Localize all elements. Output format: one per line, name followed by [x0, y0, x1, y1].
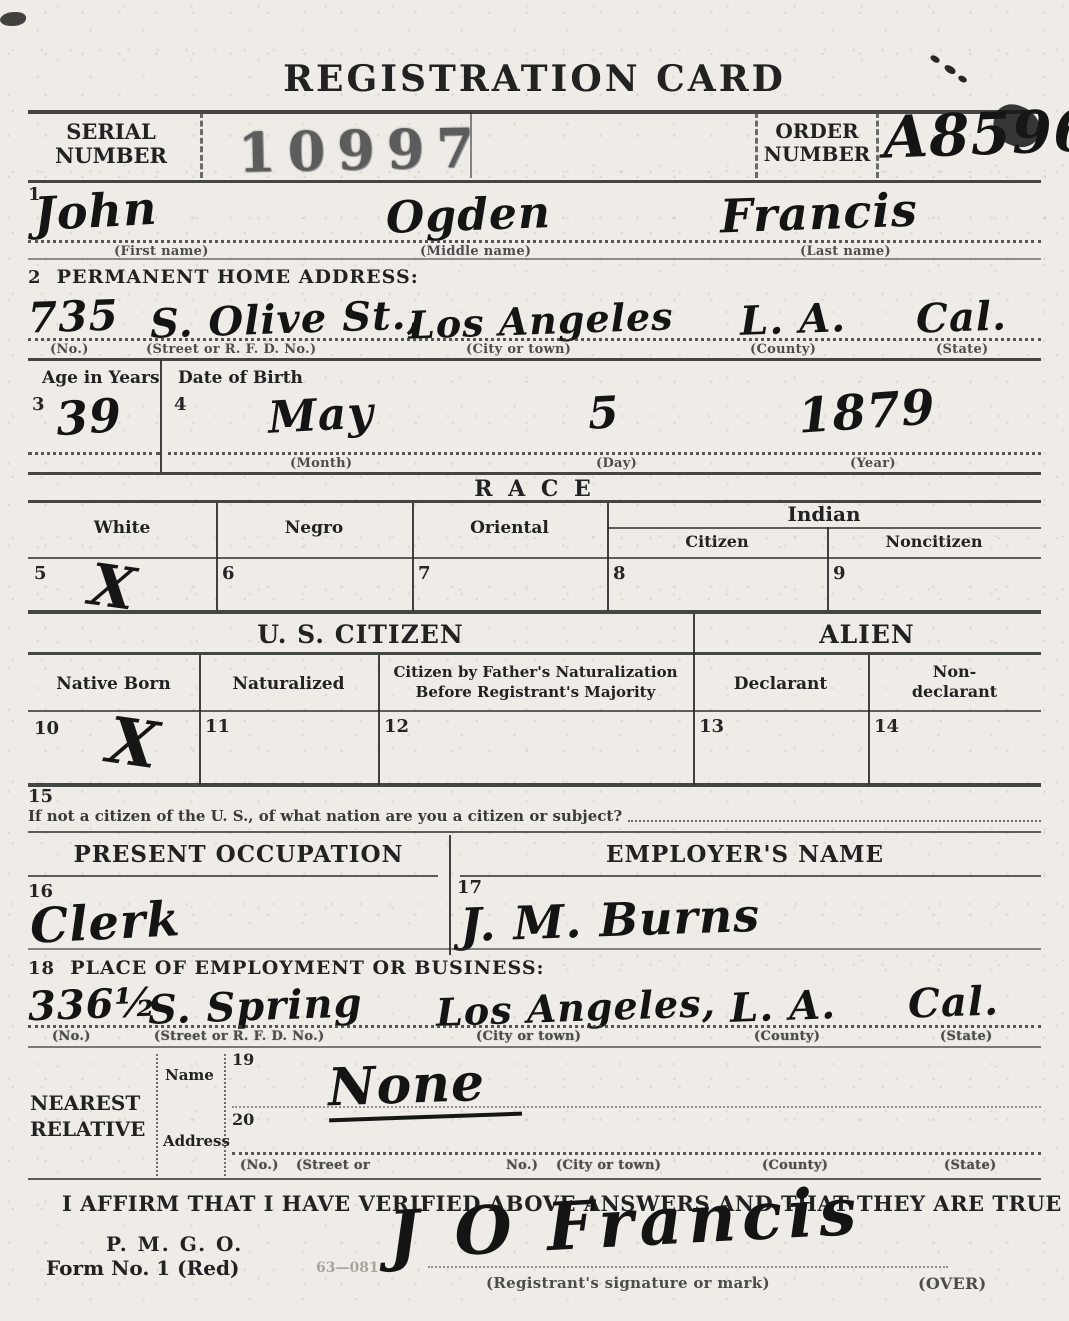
- line-number: 2: [28, 267, 42, 288]
- dob-heading: Date of Birth: [178, 368, 303, 388]
- rule: [28, 557, 1041, 559]
- nearest-relative-block: NEARESTRELATIVE Name Address 19 None 20 …: [28, 1048, 1041, 1180]
- us-citizen-heading: U. S. CITIZEN: [28, 620, 693, 649]
- home-address-heading: 2 PERMANENT HOME ADDRESS:: [28, 266, 419, 288]
- home-address-line: 2 PERMANENT HOME ADDRESS: 735 S. Olive S…: [28, 264, 1041, 358]
- line-number: 3: [32, 394, 45, 415]
- dob-month-value: May: [267, 387, 375, 443]
- address-county-label: (County): [750, 342, 816, 357]
- employment-line: 18 PLACE OF EMPLOYMENT OR BUSINESS: 336½…: [28, 955, 1041, 1048]
- nearest-relative-heading: NEARESTRELATIVE: [30, 1090, 156, 1142]
- relative-name-value: None: [327, 1051, 522, 1123]
- dob-month-label: (Month): [290, 456, 352, 471]
- dob-day-value: 5: [587, 387, 621, 440]
- serial-number-box: SERIALNUMBER 10997 ORDERNUMBER A8596: [28, 112, 1041, 178]
- address-city-label: (City or town): [466, 342, 571, 357]
- race-table: White Negro Oriental Indian Citizen Nonc…: [28, 500, 1041, 612]
- employers-name-heading: EMPLOYER'S NAME: [449, 841, 1041, 868]
- employment-city-label: (City or town): [476, 1029, 581, 1044]
- first-name-label: (First name): [114, 244, 209, 259]
- registrant-signature: J O Francis: [386, 1172, 864, 1275]
- employment-street-label: (Street or R. F. D. No.): [154, 1029, 324, 1044]
- name-line: 1 John Ogden Francis (First name) (Middl…: [28, 184, 1041, 260]
- write-line: [232, 1106, 1041, 1108]
- last-name-value: Francis: [719, 183, 918, 244]
- address-state-label: (State): [936, 342, 989, 357]
- write-line: [28, 240, 1041, 243]
- middle-name-label: (Middle name): [420, 244, 531, 259]
- middle-name-value: Ogden: [385, 187, 552, 244]
- occupation-value: Clerk: [29, 891, 182, 955]
- race-indian-label: Indian: [607, 502, 1041, 526]
- box-number: 12: [384, 716, 409, 737]
- address-no-value: 735: [27, 290, 119, 342]
- relative-address-label: Address: [163, 1132, 230, 1150]
- order-number-value: A8596: [882, 96, 1069, 171]
- divider: [200, 112, 203, 178]
- serial-number-label: SERIALNUMBER: [36, 120, 186, 168]
- rule: [460, 875, 1041, 877]
- race-indian-citizen-label: Citizen: [607, 532, 827, 551]
- relative-city-label: (City or town): [556, 1158, 661, 1173]
- relative-name-label: Name: [165, 1066, 214, 1084]
- rule: [28, 1178, 1041, 1180]
- form-number-label: Form No. 1 (Red): [46, 1256, 239, 1280]
- box-number: 8: [613, 563, 626, 584]
- employer-value: J. M. Burns: [459, 888, 761, 952]
- registration-card-scan: { "title": "REGISTRATION CARD", "header"…: [0, 0, 1069, 1321]
- write-line: [28, 1025, 1041, 1028]
- declarant-label: Declarant: [693, 674, 868, 694]
- employment-no-label: (No.): [52, 1029, 91, 1044]
- address-no-label: (No.): [50, 342, 89, 357]
- employment-state-label: (State): [940, 1029, 993, 1044]
- box-number: 7: [418, 563, 431, 584]
- relative-street-label-2: No.): [506, 1158, 538, 1173]
- rule: [28, 948, 1041, 950]
- divider: [160, 360, 162, 472]
- race-oriental-label: Oriental: [412, 518, 607, 538]
- first-name-value: John: [33, 181, 159, 241]
- race-white-mark: X: [86, 555, 139, 619]
- box-number: 11: [205, 716, 230, 737]
- employment-heading: 18 PLACE OF EMPLOYMENT OR BUSINESS:: [28, 957, 545, 979]
- rule: [28, 652, 1041, 655]
- line-number: 15: [28, 786, 53, 807]
- rule: [28, 710, 1041, 712]
- relative-state-label: (State): [944, 1158, 997, 1173]
- box-number: 17: [457, 877, 482, 898]
- rule: [28, 472, 1041, 475]
- ink-blot: [0, 12, 26, 26]
- age-dob-row: Age in Years 3 39 Date of Birth 4 May 5 …: [28, 360, 1041, 472]
- divider: [156, 1054, 158, 1176]
- serial-number-value: 10997: [237, 115, 486, 184]
- box-number: 13: [699, 716, 724, 737]
- write-line: [168, 452, 1041, 455]
- write-line: [28, 338, 1041, 341]
- rule: [28, 258, 1041, 260]
- dob-year-value: 1879: [796, 379, 937, 444]
- alien-heading: ALIEN: [693, 620, 1041, 649]
- race-heading: R A C E: [0, 476, 1069, 502]
- box-number: 14: [874, 716, 899, 737]
- relative-no-label: (No.): [240, 1158, 279, 1173]
- race-negro-label: Negro: [216, 518, 412, 538]
- card-title: REGISTRATION CARD: [0, 58, 1069, 100]
- over-label: (OVER): [918, 1274, 987, 1293]
- signature-label: (Registrant's signature or mark): [486, 1274, 770, 1292]
- employment-state-value: Cal.: [907, 977, 999, 1027]
- nation-question-line: 15 If not a citizen of the U. S., of wha…: [28, 786, 1041, 833]
- rule: [28, 875, 438, 877]
- write-line: [232, 1152, 1041, 1155]
- box-number: 9: [833, 563, 846, 584]
- age-value: 39: [54, 388, 124, 446]
- divider: [470, 112, 472, 178]
- write-line: [28, 452, 160, 455]
- last-name-label: (Last name): [800, 244, 891, 259]
- address-state-value: Cal.: [915, 292, 1007, 342]
- box-number: 5: [34, 563, 47, 584]
- relative-street-label: (Street or: [296, 1158, 370, 1173]
- citizenship-table: U. S. CITIZEN ALIEN Native Born Naturali…: [28, 612, 1041, 785]
- footer-block: P. M. G. O. Form No. 1 (Red) 63—081 J O …: [28, 1220, 1041, 1320]
- address-street-label: (Street or R. F. D. No.): [146, 342, 316, 357]
- dob-year-label: (Year): [850, 456, 896, 471]
- present-occupation-heading: PRESENT OCCUPATION: [28, 841, 449, 868]
- relative-county-label: (County): [762, 1158, 828, 1173]
- form-code: 63—081: [316, 1260, 379, 1276]
- native-born-label: Native Born: [28, 674, 199, 694]
- race-white-label: White: [28, 518, 216, 538]
- divider: [224, 1054, 226, 1176]
- box-number: 6: [222, 563, 235, 584]
- order-number-label: ORDERNUMBER: [761, 120, 873, 166]
- divider: [876, 112, 879, 178]
- non-declarant-label: Non-declarant: [868, 662, 1041, 702]
- race-indian-noncitizen-label: Noncitizen: [827, 532, 1041, 551]
- box-number: 10: [34, 718, 59, 739]
- rule: [607, 527, 1041, 529]
- dob-day-label: (Day): [596, 456, 637, 471]
- write-line: [628, 820, 1041, 822]
- native-born-mark: X: [104, 709, 162, 779]
- line-number: 4: [174, 394, 187, 415]
- divider: [693, 614, 695, 785]
- employment-county-label: (County): [754, 1029, 820, 1044]
- age-heading: Age in Years: [42, 368, 160, 388]
- line-number: 18: [28, 958, 55, 979]
- pmgo-label: P. M. G. O.: [106, 1232, 243, 1256]
- father-naturalization-label: Citizen by Father's NaturalizationBefore…: [378, 662, 693, 702]
- employment-no-value: 336½: [27, 979, 158, 1030]
- occupation-employer-block: PRESENT OCCUPATION EMPLOYER'S NAME 16 Cl…: [28, 833, 1041, 955]
- naturalized-label: Naturalized: [199, 674, 378, 694]
- box-number: 19: [232, 1050, 254, 1069]
- box-number: 20: [232, 1110, 254, 1129]
- divider: [755, 112, 758, 178]
- nation-question: If not a citizen of the U. S., of what n…: [28, 807, 622, 825]
